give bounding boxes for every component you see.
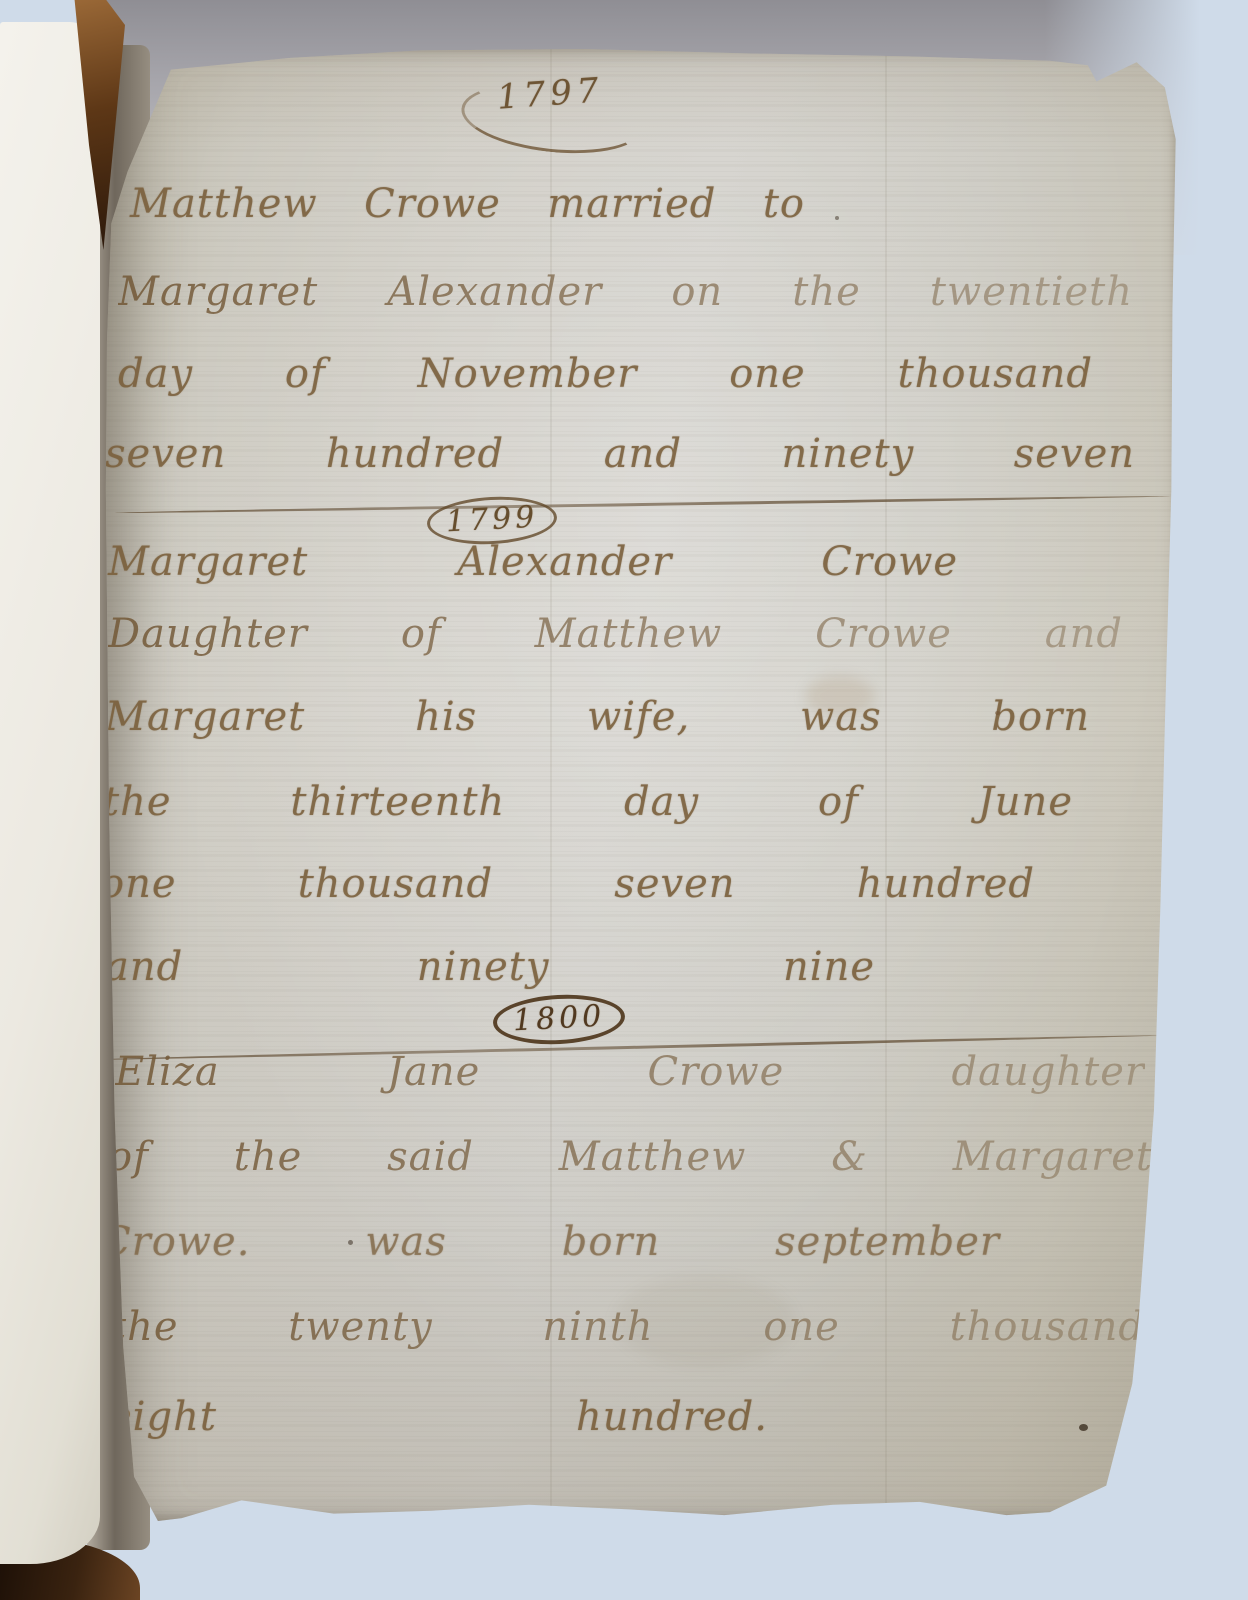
entry-line: Daughter of Matthew Crowe and	[108, 612, 1123, 656]
entry-line: Margaret Alexander on the twentieth	[118, 270, 1133, 314]
ink-stain	[805, 676, 875, 716]
facing-blank-page	[0, 22, 100, 1564]
entry-line: and ninety nine	[105, 945, 875, 989]
ink-speck	[835, 216, 839, 220]
paper-stain	[615, 1276, 795, 1366]
entry-line: the thirteenth day of June	[103, 780, 1073, 824]
year-badge: 1800	[492, 992, 627, 1048]
entry-line: Crowe. was born september	[100, 1220, 1000, 1264]
entry-line: Matthew Crowe married to	[130, 182, 805, 226]
section-divider	[115, 495, 1170, 515]
entry-line: Margaret Alexander Crowe	[108, 540, 958, 584]
ink-speck	[1079, 1424, 1088, 1431]
entry-line: one thousand seven hundred	[100, 862, 1035, 906]
entry-line: Margaret his wife, was born	[105, 695, 1090, 739]
ink-speck	[348, 1240, 353, 1245]
manuscript-photo: 1797 Matthew Crowe married to Margaret A…	[0, 0, 1248, 1600]
entry-line: eight hundred.	[108, 1395, 768, 1439]
manuscript-page: 1797 Matthew Crowe married to Margaret A…	[95, 46, 1180, 1524]
entry-line: Eliza Jane Crowe daughter	[115, 1050, 1145, 1094]
ink-speck	[995, 711, 1000, 715]
entry-line: of the said Matthew & Margaret	[108, 1135, 1153, 1179]
year-heading: 1797	[496, 70, 605, 117]
entry-line: day of November one thousand	[118, 352, 1093, 396]
entry-line: seven hundred and ninety seven	[105, 432, 1135, 476]
